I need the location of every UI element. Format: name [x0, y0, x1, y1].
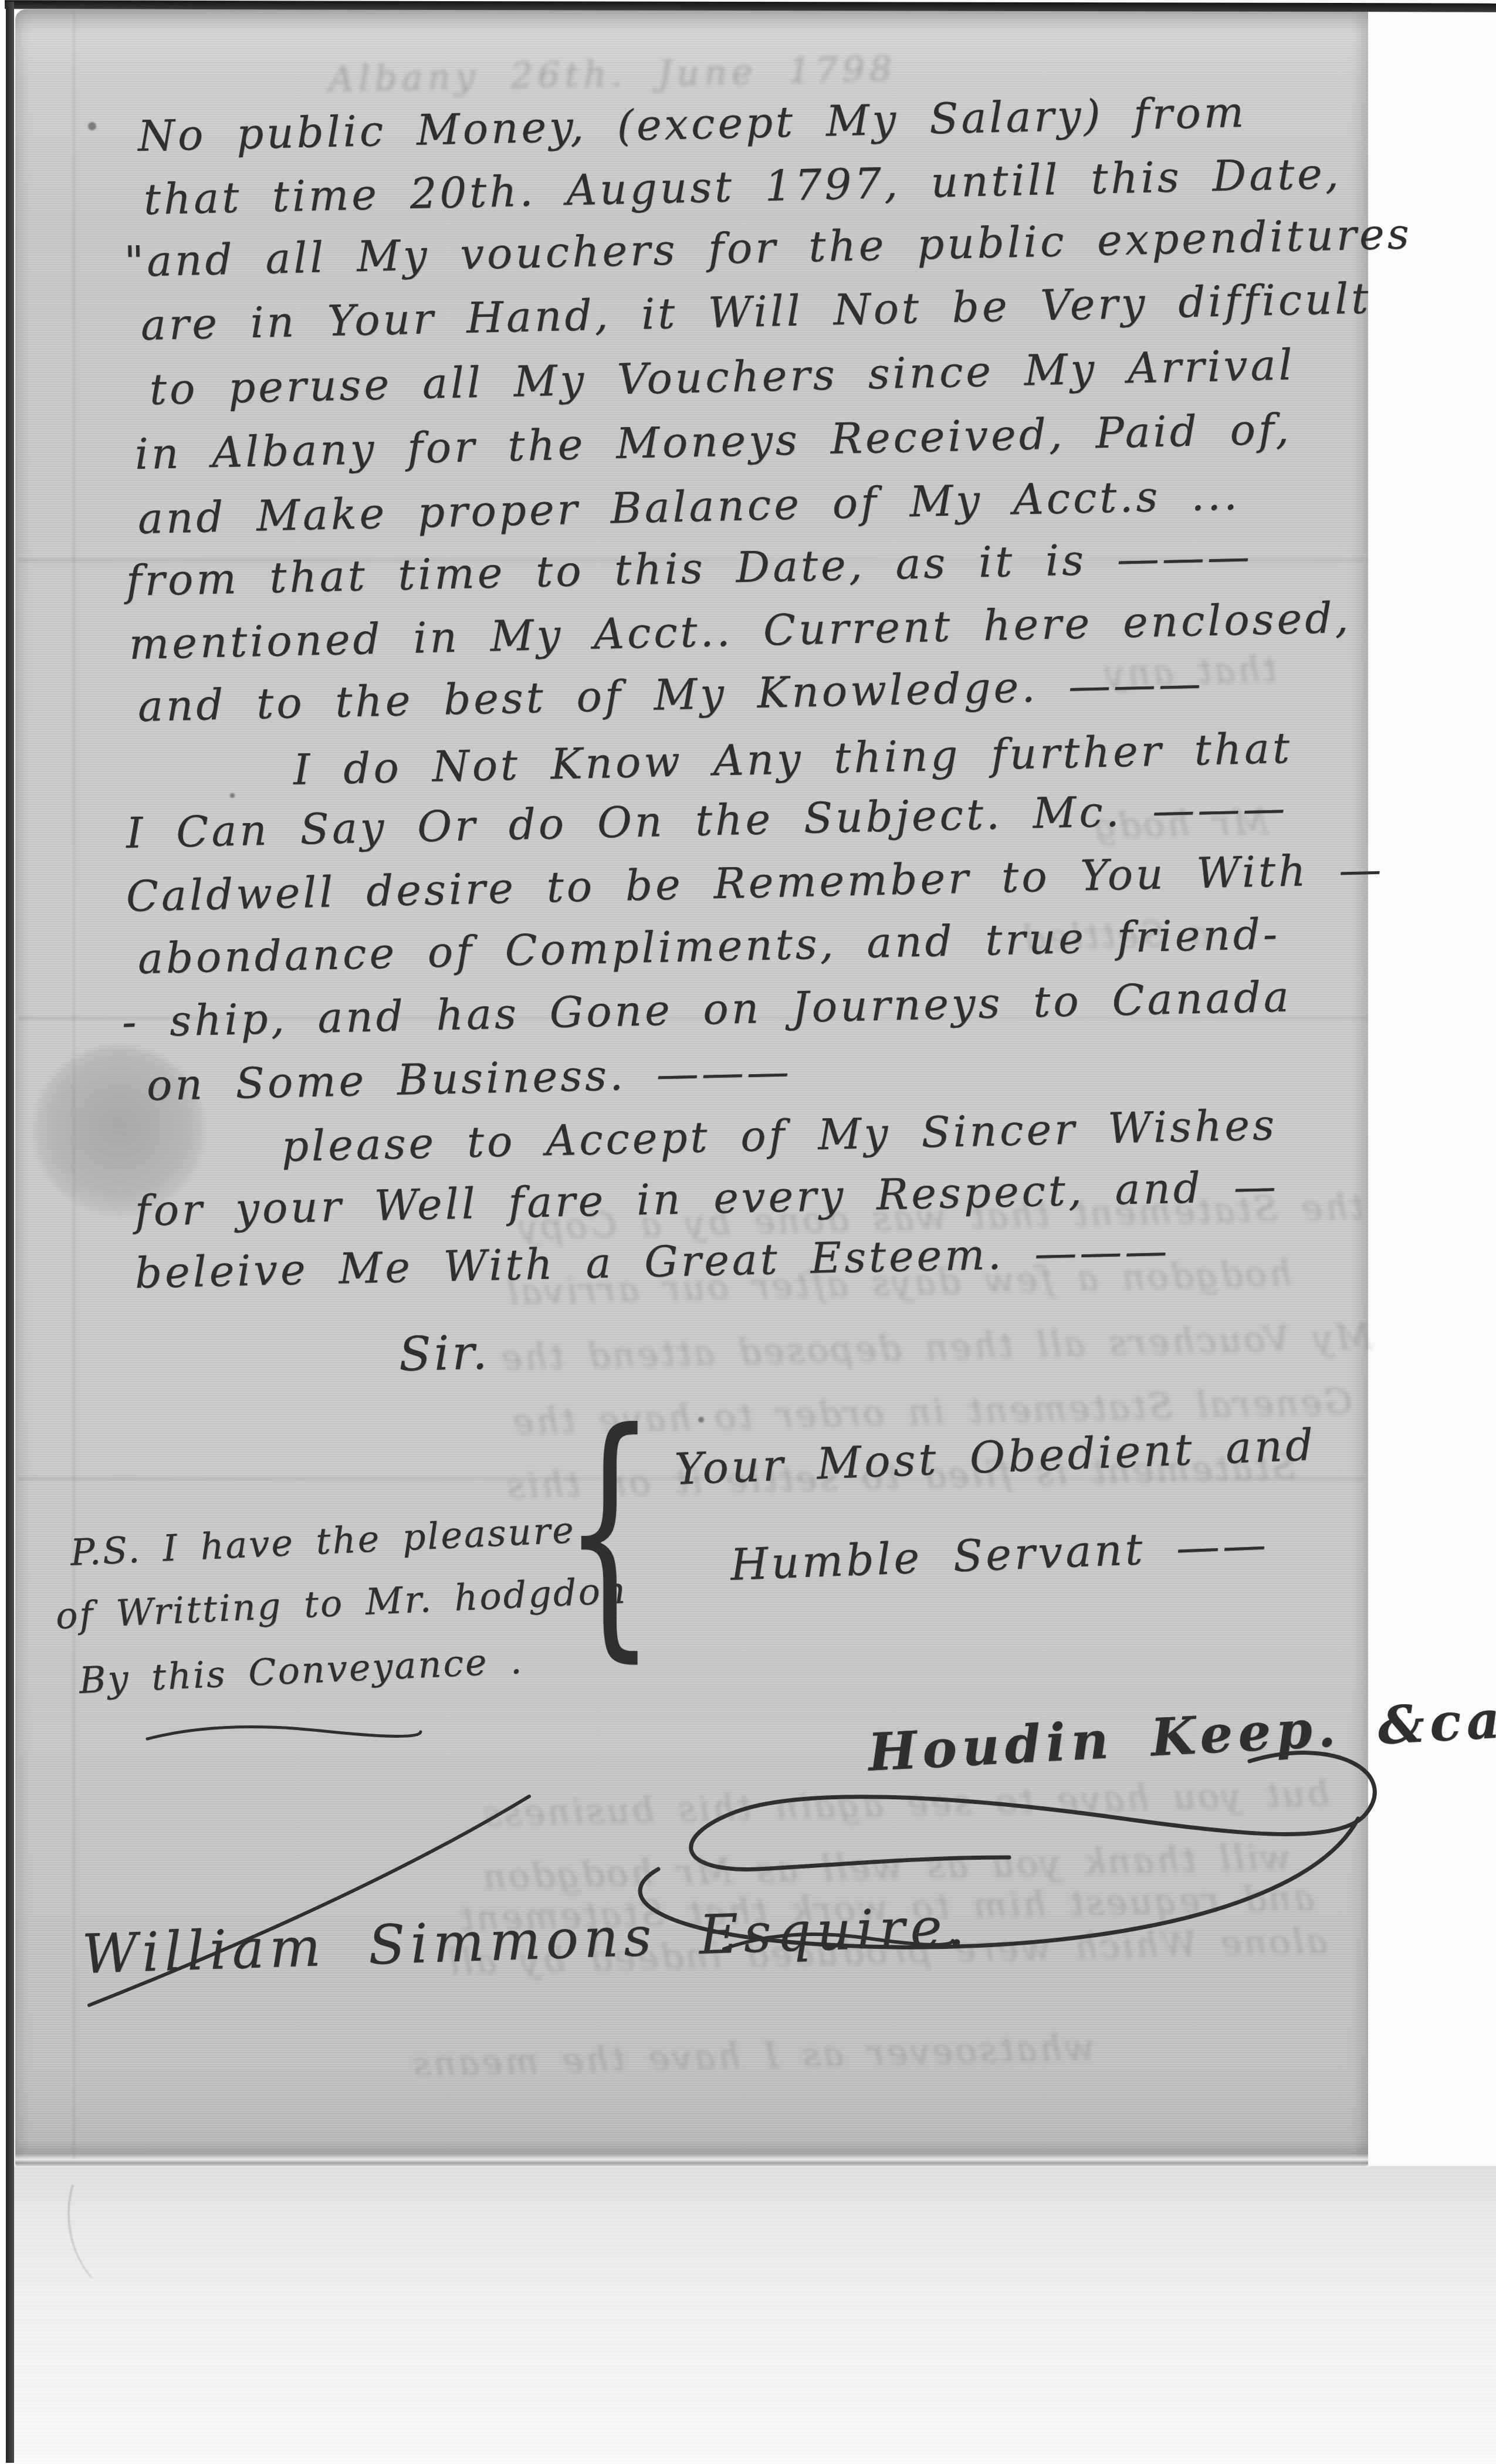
greeting: Sir.	[398, 1325, 490, 1382]
addressee-underline-flourish	[722, 1931, 956, 1957]
ink-speck	[230, 793, 235, 798]
closing-brace: {	[563, 1386, 655, 1676]
paper-bottom-edge	[15, 2140, 1368, 2167]
scanned-letter-page: { "page": { "background": "#fbfbfb", "pa…	[0, 0, 1496, 2464]
scan-edge-left	[6, 2, 14, 2463]
scanner-background	[14, 2166, 1496, 2464]
signature-flourish	[35, 1737, 1443, 2024]
ink-speck	[88, 122, 96, 130]
